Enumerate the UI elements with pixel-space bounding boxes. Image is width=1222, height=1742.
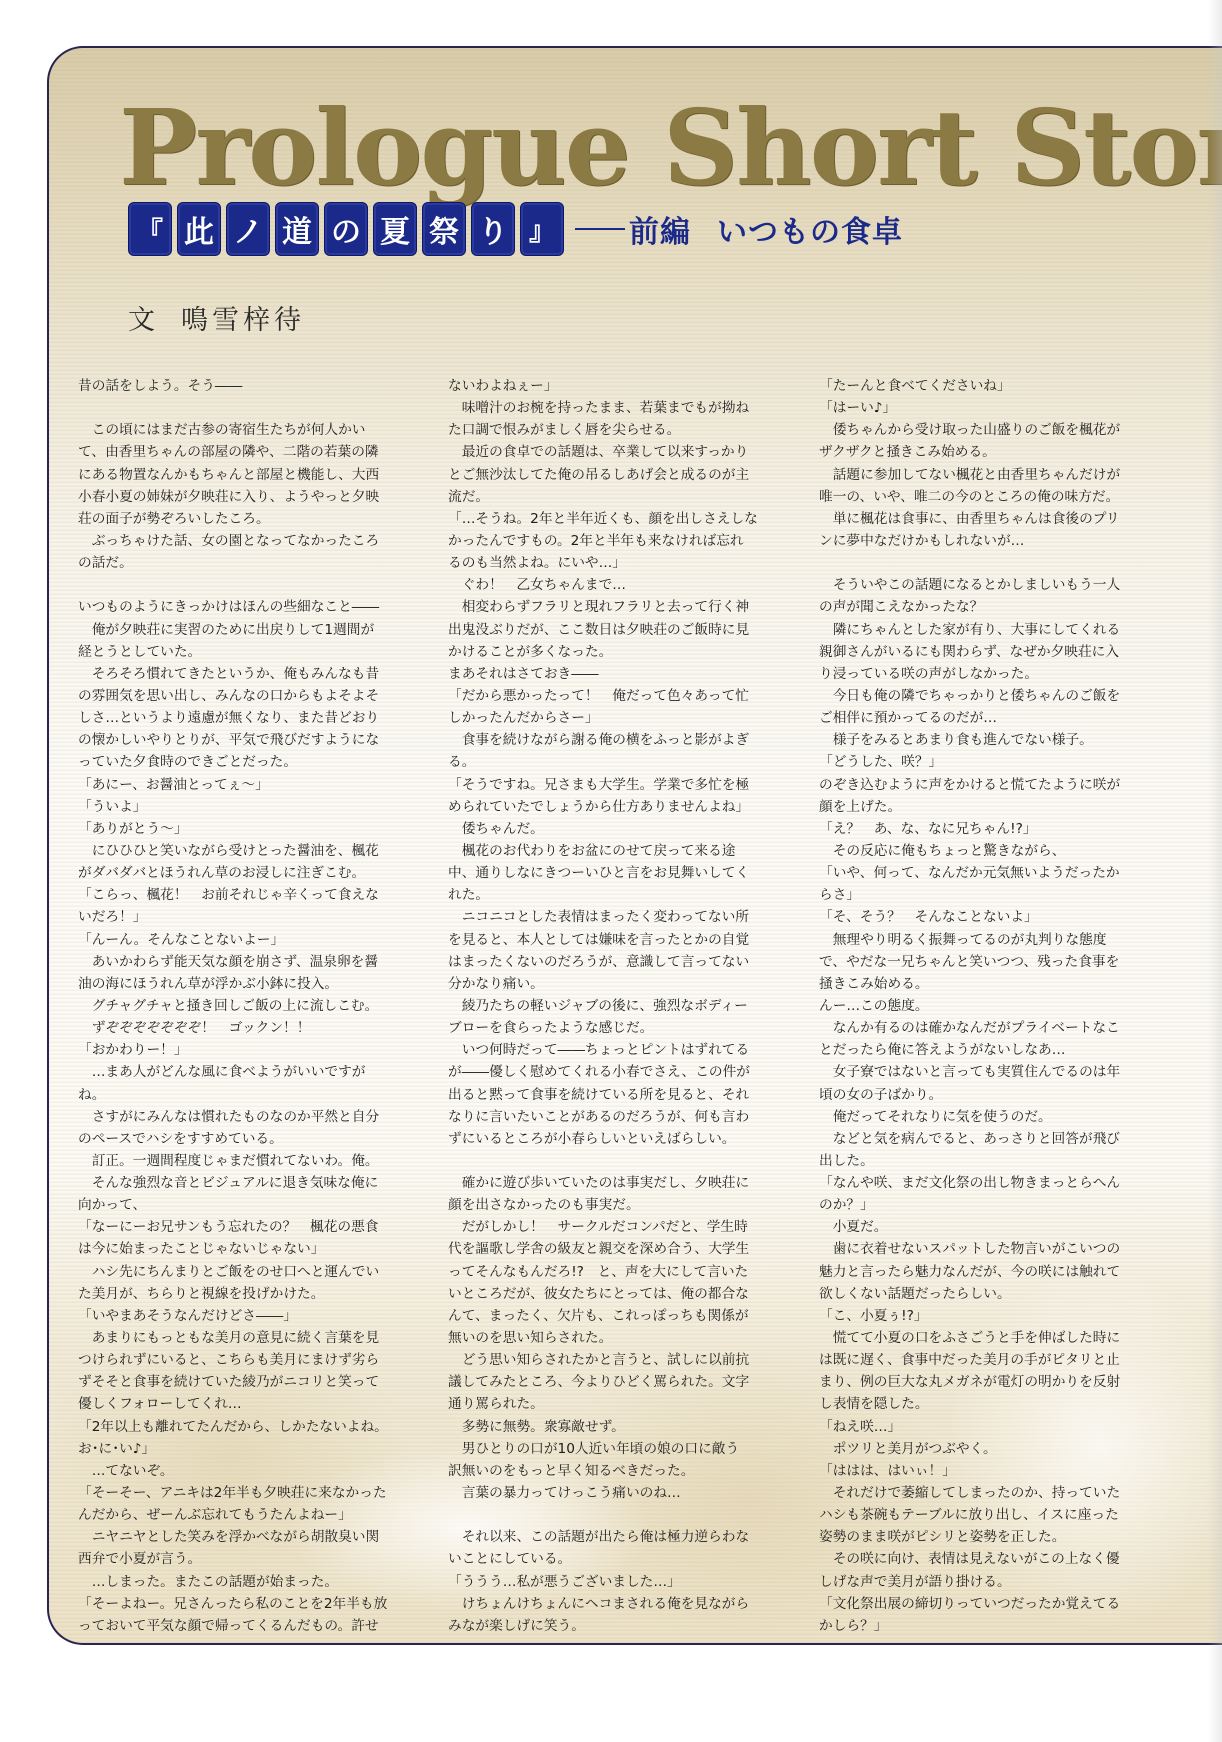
text-line: みなが楽しげに笑う。 xyxy=(448,1615,786,1637)
title-tile: の xyxy=(324,202,368,256)
text-line: 確かに遊び歩いていたのは事実だし、夕映荘に xyxy=(448,1172,786,1194)
text-line: 流だ。 xyxy=(448,486,786,508)
text-line: 「はーい♪」 xyxy=(819,397,1157,419)
text-line: 出した。 xyxy=(819,1150,1157,1172)
text-line: がダバダバとほうれん草のお浸しに注ぎこむ。 xyxy=(78,862,416,884)
text-line: 「ははは、はいぃ！」 xyxy=(819,1460,1157,1482)
paragraph-break xyxy=(448,1504,786,1526)
text-line: 相変わらずフラリと現れフラリと去って行く神 xyxy=(448,596,786,618)
text-line: 男ひとりの口が10人近い年頃の娘の口に敵う xyxy=(448,1438,786,1460)
text-column-3: 「たーんと食べてくださいね」「はーい♪」 倭ちゃんから受け取った山盛りのご飯を楓… xyxy=(819,375,1157,1637)
text-line: の声が聞こえなかったな？ xyxy=(819,596,1157,618)
text-line: かけることが多くなった。 xyxy=(448,641,786,663)
text-line: 掻きこみ始める。 xyxy=(819,973,1157,995)
paragraph-break xyxy=(819,552,1157,574)
text-line: 小夏だ。 xyxy=(819,1216,1157,1238)
text-line: 荘の面子が勢ぞろいしたころ。 xyxy=(78,508,416,530)
text-line: 議してみたところ、今よりひどく罵られた。文字 xyxy=(448,1371,786,1393)
text-line: 顔を出さなかったのも事実だ。 xyxy=(448,1194,786,1216)
text-line: ハシ先にちんまりとご飯をのせ口へと運んでい xyxy=(78,1261,416,1283)
text-line: ンに夢中なだけかもしれないが… xyxy=(819,530,1157,552)
text-line: 「え？ あ、な、なに兄ちゃん!?」 xyxy=(819,818,1157,840)
text-line: 綾乃たちの軽いジャブの後に、強烈なボディー xyxy=(448,995,786,1017)
text-line: 「いや、何って、なんだか元気無いようだったか xyxy=(819,862,1157,884)
text-line: 頃の女の子ばかり。 xyxy=(819,1084,1157,1106)
text-line: た口調で恨みがましく唇を尖らせる。 xyxy=(448,419,786,441)
text-line: そういやこの話題になるとかしましいもう一人 xyxy=(819,574,1157,596)
text-line: の雰囲気を思い出し、みんなの口からもよそよそ xyxy=(78,685,416,707)
text-line: さすがにみんなは慣れたものなのか平然と自分 xyxy=(78,1106,416,1128)
paragraph-break xyxy=(78,574,416,596)
text-line: 西弁で小夏が言う。 xyxy=(78,1548,416,1570)
text-column-2: ないわよねぇー」 味噌汁のお椀を持ったまま、若葉までもが拗ねた口調で恨みがましく… xyxy=(448,375,786,1637)
text-line: ね。 xyxy=(78,1084,416,1106)
text-line: いだろ！」 xyxy=(78,906,416,928)
text-line: 通り罵られた。 xyxy=(448,1393,786,1415)
text-line: ニヤニヤとした笑みを浮かべながら胡散臭い関 xyxy=(78,1526,416,1548)
text-line: 「だから悪かったって！ 俺だって色々あって忙 xyxy=(448,685,786,707)
text-line: 「こらっ、楓花！ お前それじゃ辛くって食えな xyxy=(78,884,416,906)
title-tile: 此 xyxy=(177,202,221,256)
text-line: 無理やり明るく振舞ってるのが丸判りな態度 xyxy=(819,929,1157,951)
text-line: 「たーんと食べてくださいね」 xyxy=(819,375,1157,397)
text-line: とご無沙汰してた俺の吊るしあげ会と成るのが主 xyxy=(448,464,786,486)
em-dash-line xyxy=(575,228,625,230)
text-line: ご相伴に預かってるのだが… xyxy=(819,707,1157,729)
byline-author: 鳴雪梓待 xyxy=(181,305,305,336)
text-line: 多勢に無勢。衆寡敵せず。 xyxy=(448,1416,786,1438)
text-line: ないわよねぇー」 xyxy=(448,375,786,397)
text-line: 唯一の、いや、唯二の今のところの俺の味方だ。 xyxy=(819,486,1157,508)
text-line: にある物置なんかもちゃんと部屋と機能し、大西 xyxy=(78,464,416,486)
title-tile: 夏 xyxy=(373,202,417,256)
text-line: その咲に向け、表情は見えないがこの上なく優 xyxy=(819,1548,1157,1570)
story-subtitle: 『此ノ道の夏祭り』 前編いつもの食卓 xyxy=(128,200,903,258)
text-line: それ以来、この話題が出たら俺は極力逆らわな xyxy=(448,1526,786,1548)
text-line: 「なんや咲、まだ文化祭の出し物きまっとらへん xyxy=(819,1172,1157,1194)
text-line: 隣にちゃんとした家が有り、大事にしてくれる xyxy=(819,619,1157,641)
text-line: を見ると、本人としては嫌味を言ったとかの自覚 xyxy=(448,929,786,951)
title-tile: 道 xyxy=(275,202,319,256)
text-line: る。 xyxy=(448,751,786,773)
text-line: 「そうですね。兄さまも大学生。学業で多忙を極 xyxy=(448,774,786,796)
text-line: 「2年以上も離れてたんだから、しかたないよね。 xyxy=(78,1416,416,1438)
text-line: ブローを食らったような感じだ。 xyxy=(448,1017,786,1039)
text-line: 「おかわりー！」 xyxy=(78,1039,416,1061)
page-gutter xyxy=(1208,0,1222,1742)
text-line: 魅力と言ったら魅力なんだが、今の咲には触れて xyxy=(819,1261,1157,1283)
text-line: 単に楓花は食事に、由香里ちゃんは食後のプリ xyxy=(819,508,1157,530)
text-line: いつものようにきっかけはほんの些細なこと―― xyxy=(78,596,416,618)
text-line: けちょんけちょんにヘコまされる俺を見ながら xyxy=(448,1593,786,1615)
title-tile: 』 xyxy=(520,202,564,256)
text-line: 俺が夕映荘に実習のために出戻りして1週間が xyxy=(78,619,416,641)
text-line: 親御さんがいるにも関わらず、なぜか夕映荘に入 xyxy=(819,641,1157,663)
text-line: 「そーよねー。兄さんったら私のことを2年半も放 xyxy=(78,1593,416,1615)
text-line: 今日も俺の隣でちゃっかりと倭ちゃんのご飯を xyxy=(819,685,1157,707)
text-line: 訂正。一週間程度じゃまだ慣れてないわ。俺。 xyxy=(78,1150,416,1172)
paragraph-break xyxy=(448,1150,786,1172)
text-line: だがしかし！ サークルだコンパだと、学生時 xyxy=(448,1216,786,1238)
text-line: が――優しく慰めてくれる小春でさえ、この件が xyxy=(448,1061,786,1083)
text-line: 「ううう…私が悪うございました…」 xyxy=(448,1571,786,1593)
text-line: るのも当然よね。にいや…」 xyxy=(448,552,786,574)
text-line: で、やだな一兄ちゃんと笑いつつ、残った食事を xyxy=(819,951,1157,973)
text-line: 様子をみるとあまり食も進んでない様子。 xyxy=(819,729,1157,751)
text-line: …しまった。またこの話題が始まった。 xyxy=(78,1571,416,1593)
text-line: のペースでハシをすすめている。 xyxy=(78,1128,416,1150)
text-line: 小春小夏の姉妹が夕映荘に入り、ようやっと夕映 xyxy=(78,486,416,508)
text-line: 「いやまあそうなんだけどさ――」 xyxy=(78,1305,416,1327)
text-column-1: 昔の話をしよう。そう―― この頃にはまだ古参の寄宿生たちが何人かいて、由香里ちゃ… xyxy=(78,375,416,1637)
text-line: り浸っている咲の声がしなかった。 xyxy=(819,663,1157,685)
text-line: ニコニコとした表情はまったく変わってない所 xyxy=(448,906,786,928)
title-tile: ノ xyxy=(226,202,270,256)
text-line: ぐわ！ 乙女ちゃんまで… xyxy=(448,574,786,596)
text-line: そろそろ慣れてきたというか、俺もみんなも昔 xyxy=(78,663,416,685)
title-tile: り xyxy=(471,202,515,256)
text-line: 女子寮ではないと言っても実質住んでるのは年 xyxy=(819,1061,1157,1083)
text-line: あまりにもっともな美月の意見に続く言葉を見 xyxy=(78,1327,416,1349)
text-line: いことにしている。 xyxy=(448,1548,786,1570)
text-line: 歯に衣着せないスパットした物言いがこいつの xyxy=(819,1238,1157,1260)
text-line: 「なーにーお兄サンもう忘れたの？ 楓花の悪食 xyxy=(78,1216,416,1238)
text-line: どう思い知らされたかと言うと、試しに以前抗 xyxy=(448,1349,786,1371)
text-line: 俺だってそれなりに気を使うのだ。 xyxy=(819,1106,1157,1128)
episode-heading: 前編いつもの食卓 xyxy=(629,207,903,251)
text-line: しかったんだからさー」 xyxy=(448,707,786,729)
text-line: 言葉の暴力ってけっこう痛いのね… xyxy=(448,1482,786,1504)
text-line: ハシも茶碗もテーブルに放り出し、イスに座った xyxy=(819,1504,1157,1526)
text-line: 出鬼没ぶりだが、ここ数日は夕映荘のご飯時に見 xyxy=(448,619,786,641)
text-line: 「ねえ咲…」 xyxy=(819,1416,1157,1438)
text-line: 分かなり痛い。 xyxy=(448,973,786,995)
text-line: し表情を隠した。 xyxy=(819,1393,1157,1415)
text-line: ぶっちゃけた話、女の園となってなかったころ xyxy=(78,530,416,552)
title-tiles: 『此ノ道の夏祭り』 xyxy=(128,202,569,256)
text-line: 「どうした、咲？」 xyxy=(819,751,1157,773)
text-line: 「あにー、お醤油とってぇ～」 xyxy=(78,774,416,796)
text-line: ってそんなもんだろ!? と、声を大にして言いた xyxy=(448,1261,786,1283)
byline: 文鳴雪梓待 xyxy=(128,298,305,337)
text-line: て、由香里ちゃんの部屋の隣や、二階の若葉の隣 xyxy=(78,441,416,463)
text-line: かしら？」 xyxy=(819,1615,1157,1637)
text-line: た美月が、ちらりと視線を投げかけた。 xyxy=(78,1283,416,1305)
text-line: ずぞぞぞぞぞぞぞ！ ゴックン！！ xyxy=(78,1017,416,1039)
text-line: ポツリと美月がつぶやく。 xyxy=(819,1438,1157,1460)
text-line: 油の海にほうれん草が浮かぶ小鉢に投入。 xyxy=(78,973,416,995)
text-line: 味噌汁のお椀を持ったまま、若葉までもが拗ね xyxy=(448,397,786,419)
text-line: んだから、ぜーんぶ忘れてもうたんよねー」 xyxy=(78,1504,416,1526)
text-line: 最近の食卓での話題は、卒業して以来すっかり xyxy=(448,441,786,463)
text-line: 話題に参加してない楓花と由香里ちゃんだけが xyxy=(819,464,1157,486)
text-line: 中、通りしなにきつーいひと言をお見舞いしてく xyxy=(448,862,786,884)
text-line: 出ると黙って食事を続けている所を見ると、それ xyxy=(448,1084,786,1106)
text-line: 訳無いのをもっと早く知るべきだった。 xyxy=(448,1460,786,1482)
text-line: そんな強烈な音とビジュアルに退き気味な俺に xyxy=(78,1172,416,1194)
text-line: しげな声で美月が語り掛ける。 xyxy=(819,1571,1157,1593)
text-line: 倭ちゃんから受け取った山盛りのご飯を楓花が xyxy=(819,419,1157,441)
text-line: はまったくないのだろうが、意識して言ってない xyxy=(448,951,786,973)
text-line: …まあ人がどんな風に食べようがいいですが xyxy=(78,1061,416,1083)
text-line: なんか有るのは確かなんだがプライベートなこ xyxy=(819,1017,1157,1039)
text-line: 「そ、そう？ そんなことないよ」 xyxy=(819,906,1157,928)
text-line: の話だ。 xyxy=(78,552,416,574)
text-line: 「文化祭出展の締切りっていつだったか覚えてる xyxy=(819,1593,1157,1615)
text-line: ずそそと食事を続けていた綾乃がニコリと笑って xyxy=(78,1371,416,1393)
text-line: しさ…というより遠慮が無くなり、また昔どおり xyxy=(78,707,416,729)
text-line: のか？」 xyxy=(819,1194,1157,1216)
text-line: っていた夕食時のできごとだった。 xyxy=(78,751,416,773)
text-line: グチャグチャと掻き回しご飯の上に流しこむ。 xyxy=(78,995,416,1017)
text-line: お･に･い♪」 xyxy=(78,1438,416,1460)
text-line: らさ」 xyxy=(819,884,1157,906)
text-line: 楓花のお代わりをお盆にのせて戻って来る途 xyxy=(448,840,786,862)
text-line: 「そーそー、アニキは2年半も夕映荘に来なかった xyxy=(78,1482,416,1504)
text-line: まり、例の巨大な丸メガネが電灯の明かりを反射 xyxy=(819,1371,1157,1393)
text-line: いところだが、彼女たちにとっては、俺の都合な xyxy=(448,1283,786,1305)
text-line: んー…この態度。 xyxy=(819,995,1157,1017)
text-line: 優しくフォローしてくれ… xyxy=(78,1393,416,1415)
text-line: なりに言いたいことがあるのだろうが、何も言わ xyxy=(448,1106,786,1128)
text-line: 「ういよ」 xyxy=(78,796,416,818)
text-line: 倭ちゃんだ。 xyxy=(448,818,786,840)
text-line: 向かって、 xyxy=(78,1194,416,1216)
text-line: その反応に俺もちょっと驚きながら、 xyxy=(819,840,1157,862)
text-line: 「んーん。そんなことないよー」 xyxy=(78,929,416,951)
text-line: は既に遅く、食事中だった美月の手がピタリと止 xyxy=(819,1349,1157,1371)
text-line: にひひひと笑いながら受けとった醤油を、楓花 xyxy=(78,840,416,862)
title-tile: 祭 xyxy=(422,202,466,256)
paragraph-break xyxy=(78,397,416,419)
text-line: …てないぞ。 xyxy=(78,1460,416,1482)
text-line: 顔を上げた。 xyxy=(819,796,1157,818)
text-line: んて、まったく、欠片も、これっぽっちも関係が xyxy=(448,1305,786,1327)
episode-title: いつもの食卓 xyxy=(717,215,903,250)
title-tile: 『 xyxy=(128,202,172,256)
text-line: められていたでしょうから仕方ありませんよね」 xyxy=(448,796,786,818)
text-line: 「…そうね。2年と半年近くも、顔を出しさえしな xyxy=(448,508,786,530)
text-line: 昔の話をしよう。そう―― xyxy=(78,375,416,397)
byline-label: 文 xyxy=(128,305,159,336)
text-line: 経とうとしていた。 xyxy=(78,641,416,663)
text-line: の懐かしいやりとりが、平気で飛びだすようにな xyxy=(78,729,416,751)
text-line: かったんですもの。2年と半年も来なければ忘れ xyxy=(448,530,786,552)
text-line: ずにいるところが小春らしいといえばらしい。 xyxy=(448,1128,786,1150)
page-title: Prologue Short Story xyxy=(119,96,1222,200)
text-line: 姿勢のまま咲がピシリと姿勢を正した。 xyxy=(819,1526,1157,1548)
text-line: 「こ、小夏ぅ!?」 xyxy=(819,1305,1157,1327)
text-line: っておいて平気な顔で帰ってくるんだもの。許せ xyxy=(78,1615,416,1637)
text-line: 欲しくない話題だったらしい。 xyxy=(819,1283,1157,1305)
text-line: 無いのを思い知らされた。 xyxy=(448,1327,786,1349)
text-line: 代を謳歌し学舎の級友と親交を深め合う、大学生 xyxy=(448,1238,786,1260)
text-line: いつ何時だって――ちょっとピントはずれてる xyxy=(448,1039,786,1061)
text-line: 「ありがとう～」 xyxy=(78,818,416,840)
text-line: つけられずにいると、こちらも美月にまけず劣ら xyxy=(78,1349,416,1371)
text-line: は今に始まったことじゃないじゃない」 xyxy=(78,1238,416,1260)
text-line: とだったら俺に答えようがないしなあ… xyxy=(819,1039,1157,1061)
text-line: れた。 xyxy=(448,884,786,906)
text-line: ザクザクと掻きこみ始める。 xyxy=(819,441,1157,463)
text-line: それだけで萎縮してしまったのか、持っていた xyxy=(819,1482,1157,1504)
text-line: この頃にはまだ古参の寄宿生たちが何人かい xyxy=(78,419,416,441)
episode-part: 前編 xyxy=(629,215,691,250)
text-line: あいかわらず能天気な顔を崩さず、温泉卵を醤 xyxy=(78,951,416,973)
text-line: 慌てて小夏の口をふさごうと手を伸ばした時に xyxy=(819,1327,1157,1349)
text-line: まあそれはさておき―― xyxy=(448,663,786,685)
text-line: などと気を病んでると、あっさりと回答が飛び xyxy=(819,1128,1157,1150)
text-line: 食事を続けながら謝る俺の横をふっと影がよぎ xyxy=(448,729,786,751)
text-line: のぞき込むように声をかけると慌てたように咲が xyxy=(819,774,1157,796)
